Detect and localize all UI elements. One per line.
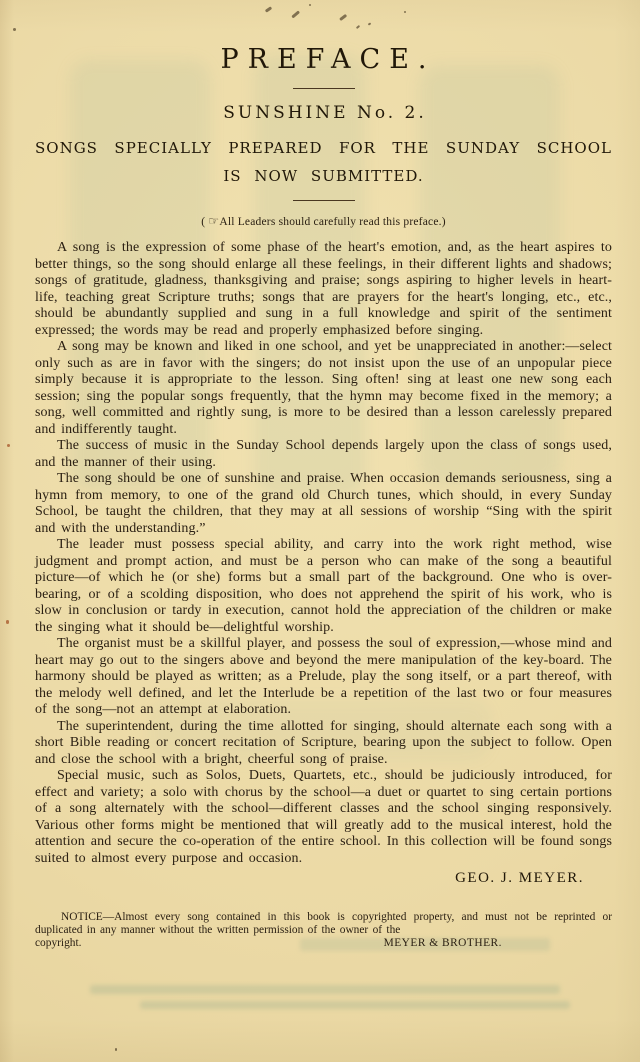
headline-line-1: SONGS SPECIALLY PREPARED FOR THE SUNDAY … bbox=[35, 139, 612, 159]
preface-paragraph: A song may be known and liked in one sch… bbox=[35, 339, 612, 438]
publisher-name: MEYER & BROTHER. bbox=[384, 937, 502, 950]
copyright-notice: NOTICE—Almost every song contained in th… bbox=[35, 911, 612, 951]
ink-speck bbox=[404, 11, 406, 13]
copyright-notice-last-line: copyright. MEYER & BROTHER. bbox=[35, 937, 612, 950]
bleed-through-line bbox=[90, 985, 560, 994]
copyright-notice-text: NOTICE—Almost every song contained in th… bbox=[35, 911, 612, 937]
leader-note-text: All Leaders should carefully read this p… bbox=[219, 216, 445, 228]
ink-speck bbox=[291, 10, 300, 18]
headline-line-2: IS NOW SUBMITTED. bbox=[35, 167, 612, 187]
ornamental-rule bbox=[293, 88, 355, 89]
ink-speck bbox=[368, 22, 372, 25]
ink-speck bbox=[115, 1048, 117, 1051]
preface-paragraph: Special music, such as Solos, Duets, Qua… bbox=[35, 768, 612, 867]
ink-speck bbox=[6, 620, 9, 624]
preface-paragraph: A song is the expression of some phase o… bbox=[35, 240, 612, 339]
ink-speck bbox=[13, 28, 16, 31]
preface-paragraph: The leader must possess special ability,… bbox=[35, 537, 612, 636]
ink-speck bbox=[7, 444, 10, 447]
ink-speck bbox=[339, 14, 347, 21]
ink-speck bbox=[265, 6, 272, 12]
ink-speck bbox=[356, 25, 360, 29]
preface-paragraph: The superintendent, during the time allo… bbox=[35, 719, 612, 769]
ink-speck bbox=[309, 4, 311, 6]
scanned-book-page: PREFACE. SUNSHINE No. 2. SONGS SPECIALLY… bbox=[0, 0, 640, 1062]
author-signature: GEO. J. MEYER. bbox=[35, 870, 612, 887]
preface-paragraph: The organist must be a skillful player, … bbox=[35, 636, 612, 719]
pointing-hand-icon: ☞ bbox=[208, 214, 219, 228]
leader-note: ( ☞All Leaders should carefully read thi… bbox=[35, 214, 612, 228]
preface-body: A song is the expression of some phase o… bbox=[35, 240, 612, 867]
bleed-through-line bbox=[140, 1001, 570, 1009]
preface-paragraph: The song should be one of sunshine and p… bbox=[35, 471, 612, 537]
page-title: PREFACE. bbox=[35, 46, 612, 74]
page-content: PREFACE. SUNSHINE No. 2. SONGS SPECIALLY… bbox=[35, 46, 612, 951]
preface-paragraph: The success of music in the Sunday Schoo… bbox=[35, 438, 612, 471]
copyright-notice-last-word: copyright. bbox=[35, 937, 82, 950]
ornamental-rule bbox=[293, 200, 355, 201]
series-title: SUNSHINE No. 2. bbox=[35, 104, 612, 123]
